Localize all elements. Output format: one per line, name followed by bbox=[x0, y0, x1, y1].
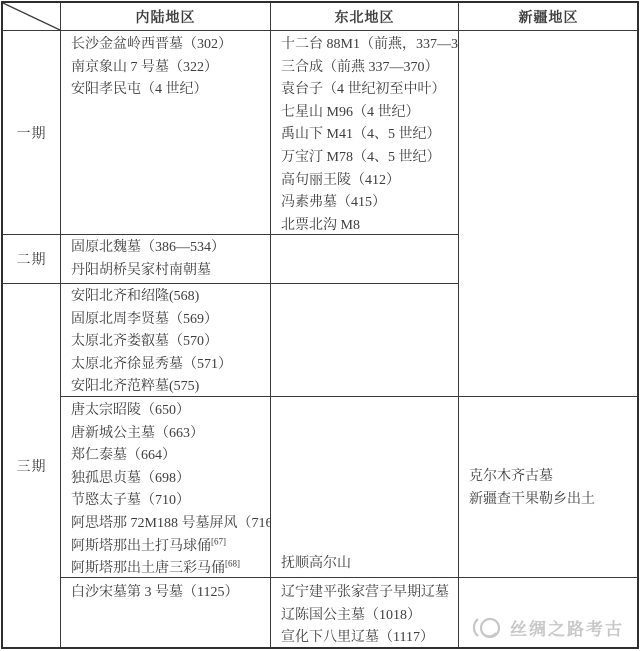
cell-inland-phase3c: 白沙宋墓第 3 号墓（1125） bbox=[60, 577, 271, 649]
table-entry: 长沙金盆岭西晋墓（302） bbox=[71, 34, 266, 57]
cell-inland-phase2: 固原北魏墓（386—534）丹阳胡桥吴家村南朝墓 bbox=[60, 234, 271, 284]
cell-northeast-phase3c: 辽宁建平张家营子早期辽墓辽陈国公主墓（1018）宣化下八里辽墓（1117） bbox=[270, 577, 459, 649]
row-label-phase-2: 二期 bbox=[2, 234, 61, 284]
table-entry: 唐太宗昭陵（650） bbox=[71, 400, 266, 423]
footnote-reference: [67] bbox=[211, 536, 226, 546]
cell-inland-phase1: 长沙金盆岭西晋墓（302）南京象山 7 号墓（322）安阳孝民屯（4 世纪） bbox=[60, 30, 271, 235]
table-entry: 南京象山 7 号墓（322） bbox=[71, 57, 266, 80]
cell-northeast-phase3b: 抚顺高尔山 bbox=[270, 396, 459, 578]
table-entry: 唐新城公主墓（663） bbox=[71, 423, 266, 446]
row-label-phase-3: 三期 bbox=[2, 283, 61, 649]
cell-xinjiang-phase1-2-empty bbox=[458, 30, 639, 397]
table-entry: 安阳孝民屯（4 世纪） bbox=[71, 79, 266, 102]
column-header-inland: 内陆地区 bbox=[60, 2, 271, 31]
table-entry: 禹山下 M41（4、5 世纪） bbox=[281, 124, 454, 147]
table-entry: 七星山 M96（4 世纪） bbox=[281, 102, 454, 125]
table-entry: 冯素弗墓（415） bbox=[281, 192, 454, 215]
cell-northeast-phase2-empty bbox=[270, 234, 459, 284]
chronology-table-page: 内陆地区 东北地区 新疆地区 一期 二期 三期 长沙金盆岭西晋墓（302）南京象… bbox=[0, 0, 640, 651]
table-entry: 十二台 88M1（前燕，337—370） bbox=[281, 34, 454, 57]
table-entry: 袁台子（4 世纪初至中叶） bbox=[281, 79, 454, 102]
table-entry: 宣化下八里辽墓（1117） bbox=[281, 627, 454, 650]
table-entry: 安阳北齐和绍隆(568) bbox=[71, 286, 266, 309]
table-entry: 太原北齐徐显秀墓（571） bbox=[71, 354, 266, 377]
table-entry: 固原北周李贤墓（569） bbox=[71, 309, 266, 332]
table-entry: 太原北齐娄叡墓（570） bbox=[71, 331, 266, 354]
table-entry: 抚顺高尔山 bbox=[281, 553, 454, 576]
table-entry: 白沙宋墓第 3 号墓（1125） bbox=[71, 582, 266, 605]
table-entry: 节愍太子墓（710） bbox=[71, 490, 266, 513]
table-entry: 阿思塔那 72M188 号墓屏风（716） bbox=[71, 513, 266, 536]
table-entry: 郑仁泰墓（664） bbox=[71, 445, 266, 468]
table-entry: 辽陈国公主墓（1018） bbox=[281, 605, 454, 628]
table-entry: 独孤思贞墓（698） bbox=[71, 468, 266, 491]
table-entry: 三合成（前燕 337—370） bbox=[281, 57, 454, 80]
table-entry: 万宝汀 M78（4、5 世纪） bbox=[281, 147, 454, 170]
watermark: 丝绸之路考古 bbox=[469, 612, 624, 642]
silk-road-logo-icon bbox=[469, 612, 503, 642]
corner-diagonal-cell bbox=[2, 2, 61, 31]
cell-northeast-phase1: 十二台 88M1（前燕，337—370）三合成（前燕 337—370）袁台子（4… bbox=[270, 30, 459, 235]
column-header-xinjiang: 新疆地区 bbox=[458, 2, 639, 31]
table-entry: 丹阳胡桥吴家村南朝墓 bbox=[71, 260, 266, 283]
table-entry: 克尔木齐古墓 bbox=[469, 466, 634, 489]
watermark-text: 丝绸之路考古 bbox=[510, 615, 624, 640]
column-header-northeast: 东北地区 bbox=[270, 2, 459, 31]
cell-northeast-phase3a-empty bbox=[270, 283, 459, 397]
cell-xinjiang-phase3b: 克尔木齐古墓新疆查干果勒乡出土 bbox=[458, 396, 639, 578]
table-entry: 辽宁建平张家营子早期辽墓 bbox=[281, 582, 454, 605]
row-label-phase-1: 一期 bbox=[2, 30, 61, 235]
cell-inland-phase3b: 唐太宗昭陵（650）唐新城公主墓（663）郑仁泰墓（664）独孤思贞墓（698）… bbox=[60, 396, 271, 578]
table-entry: 高句丽王陵（412） bbox=[281, 170, 454, 193]
cell-inland-phase3a: 安阳北齐和绍隆(568)固原北周李贤墓（569）太原北齐娄叡墓（570）太原北齐… bbox=[60, 283, 271, 397]
table-entry: 固原北魏墓（386—534） bbox=[71, 237, 266, 260]
footnote-reference: [68] bbox=[225, 559, 240, 569]
table-entry: 新疆查干果勒乡出土 bbox=[469, 489, 634, 512]
table-entry: 阿斯塔那出土打马球俑[67] bbox=[71, 536, 266, 559]
diagonal-line bbox=[3, 3, 60, 30]
